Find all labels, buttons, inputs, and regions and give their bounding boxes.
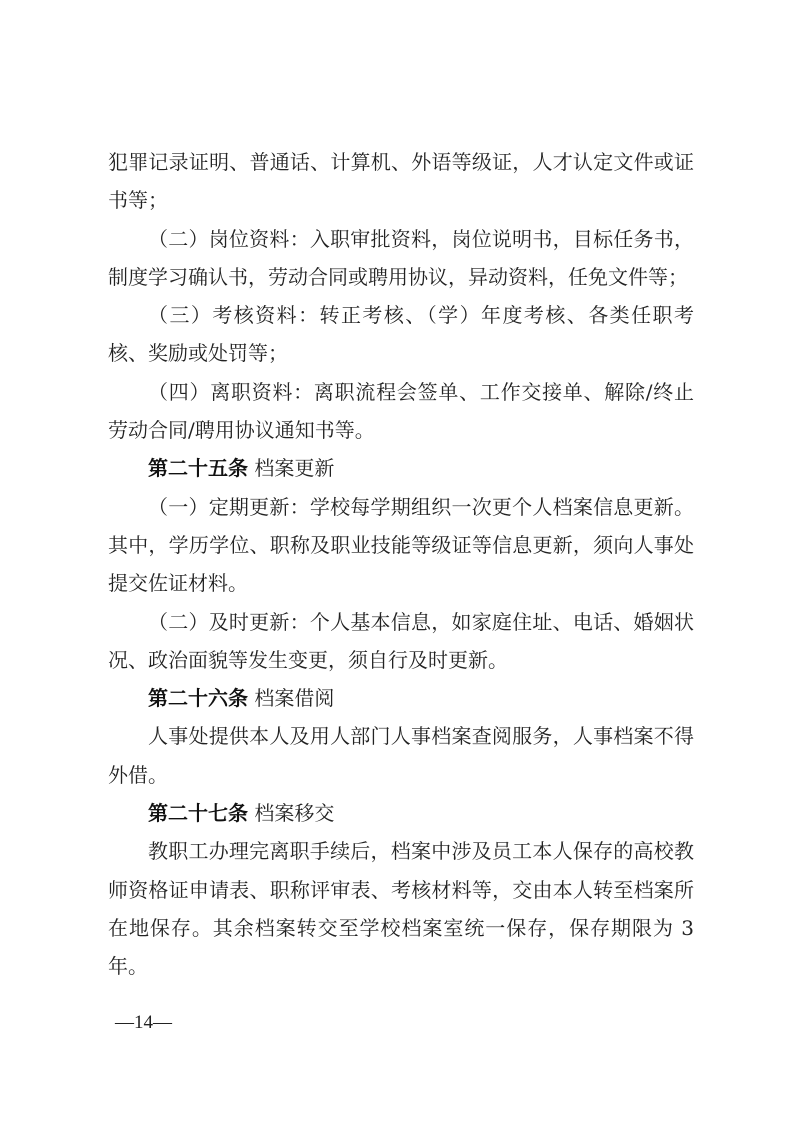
article-25-paragraph-1: （一）定期更新：学校每学期组织一次更个人档案信息更新。其中，学历学位、职称及职业… xyxy=(108,488,694,603)
article-title: 档案借阅 xyxy=(254,686,334,710)
paragraph-item-3: （三）考核资料：转正考核、（学）年度考核、各类任职考核、奖励或处罚等； xyxy=(108,296,694,373)
article-heading: 第二十六条 xyxy=(148,686,248,710)
article-27-paragraph-1: 教职工办理完离职手续后，档案中涉及员工本人保存的高校教师资格证申请表、职称评审表… xyxy=(108,832,694,985)
paragraph-item-4: （四）离职资料：离职流程会签单、工作交接单、解除/终止劳动合同/聘用协议通知书等… xyxy=(108,373,694,450)
document-page: 犯罪记录证明、普通话、计算机、外语等级证，人才认定文件或证书等； （二）岗位资料… xyxy=(108,143,694,986)
paragraph-continuation: 犯罪记录证明、普通话、计算机、外语等级证，人才认定文件或证书等； xyxy=(108,143,694,220)
article-title: 档案更新 xyxy=(254,456,334,480)
article-heading: 第二十五条 xyxy=(148,456,248,480)
article-26-header: 第二十六条 档案借阅 xyxy=(108,679,694,717)
article-27-header: 第二十七条 档案移交 xyxy=(108,794,694,832)
article-title: 档案移交 xyxy=(254,801,334,825)
article-25-paragraph-2: （二）及时更新：个人基本信息，如家庭住址、电话、婚姻状况、政治面貌等发生变更，须… xyxy=(108,603,694,680)
article-heading: 第二十七条 xyxy=(148,801,248,825)
article-25-header: 第二十五条 档案更新 xyxy=(108,449,694,487)
page-number: —14— xyxy=(115,1012,172,1034)
article-26-paragraph-1: 人事处提供本人及用人部门人事档案查阅服务，人事档案不得外借。 xyxy=(108,717,694,794)
paragraph-item-2: （二）岗位资料：入职审批资料，岗位说明书，目标任务书，制度学习确认书，劳动合同或… xyxy=(108,220,694,297)
